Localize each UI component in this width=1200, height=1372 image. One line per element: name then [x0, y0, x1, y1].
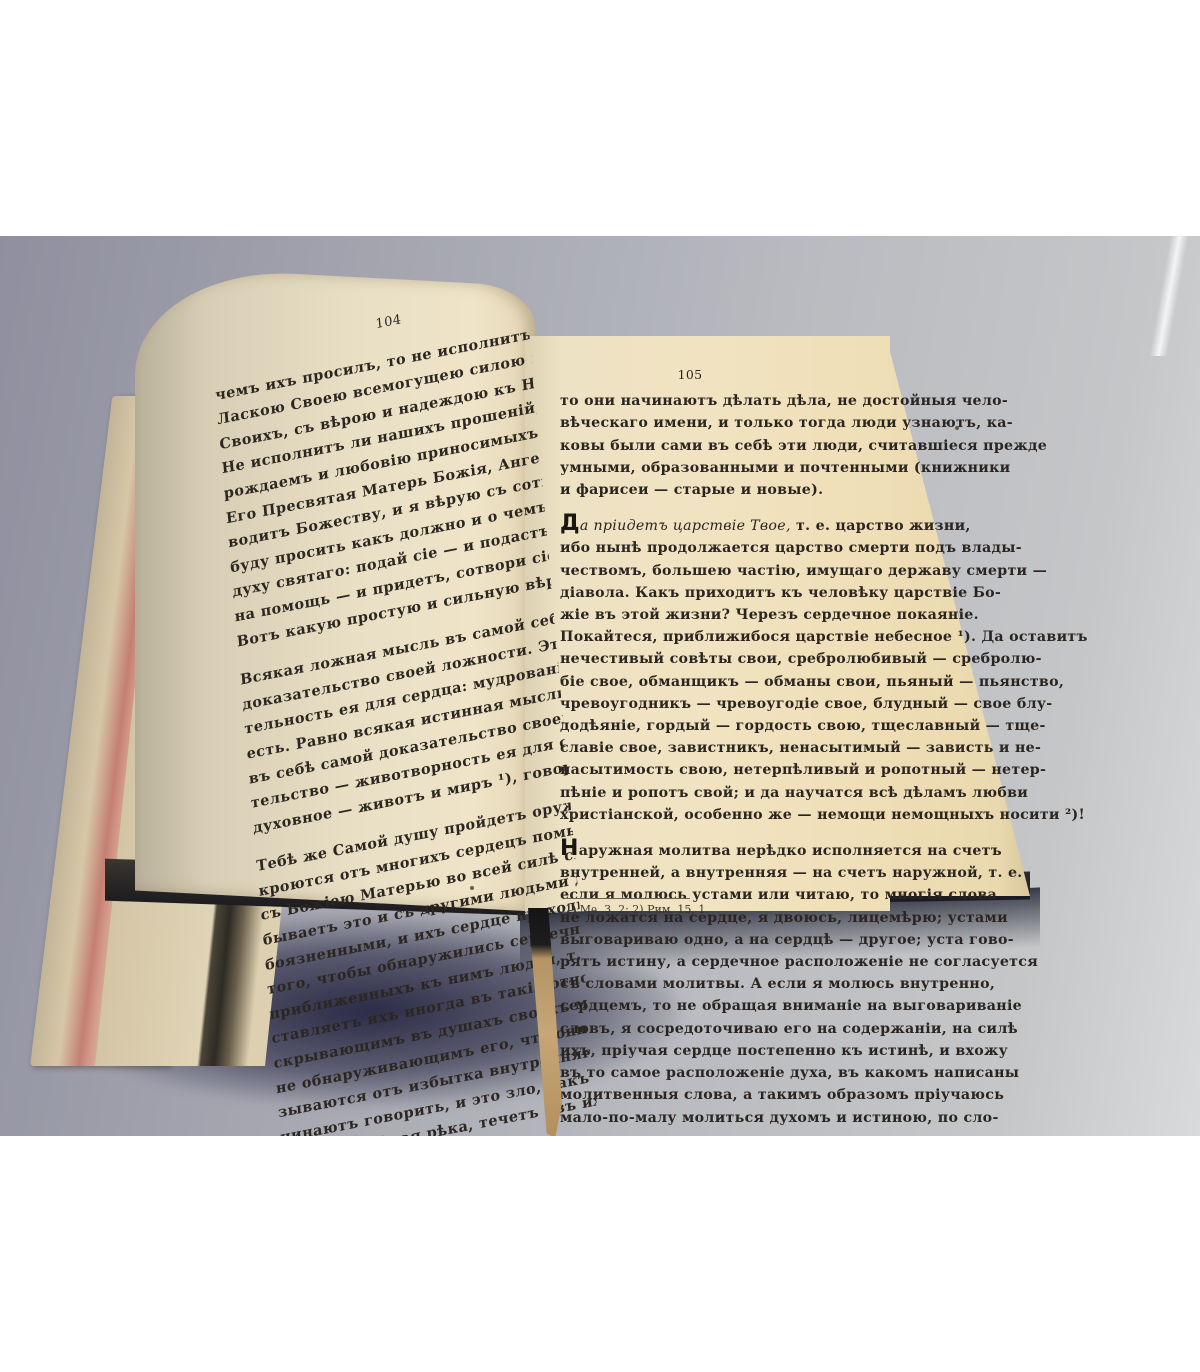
- text-line: чревоугодникъ — чревоугодіе свое, блудны…: [560, 693, 940, 715]
- text-line: молитвенныя слова, а такимъ образомъ прі…: [560, 1084, 940, 1106]
- book-photo: 104 чемъ ихъ просилъ, то не исполнитъ ли…: [0, 236, 1200, 1136]
- text-line: Покайтеся, приближибося царствіе небесно…: [560, 626, 940, 648]
- text-line: внутренней, а внутренняя — на счетъ нару…: [560, 862, 940, 884]
- text-line: пѣніе и ропотъ свой; и да научатся всѣ д…: [560, 782, 940, 804]
- text-line: ихъ, пріучая сердце постепенно къ истинѣ…: [560, 1040, 940, 1062]
- text-line: рятъ истину, а сердечное расположеніе не…: [560, 951, 940, 973]
- page-number-right: 105: [520, 364, 860, 386]
- text-line: ковы были сами въ себѣ эти люди, считавш…: [560, 435, 940, 457]
- surface-speck: [955, 426, 959, 430]
- text-line: словъ, я сосредоточиваю его на содержані…: [560, 1018, 940, 1040]
- footnote-right: 1) Мѳ. 3, 2; 2) Рим. 15, 1.: [565, 903, 709, 916]
- text-line: діавола. Какъ приходитъ къ человѣку царс…: [560, 582, 940, 604]
- text-line: славіе свое, завистникъ, ненасытимый — з…: [560, 737, 940, 759]
- text-line: мало-по-малу молиться духомъ и истиною, …: [560, 1107, 940, 1129]
- text-line: сердцемъ, то не обращая вниманіе на выго…: [560, 995, 940, 1017]
- text-line: чествомъ, большею частію, имущаго держав…: [560, 560, 940, 582]
- paper-spot: [470, 886, 474, 890]
- footnote-rule: [565, 898, 690, 899]
- dropcap: Д: [560, 511, 580, 536]
- dropcap: Н: [560, 836, 579, 861]
- text-line: въ то самое расположеніе духа, въ какомъ…: [560, 1062, 940, 1084]
- light-glare: [1149, 236, 1188, 356]
- right-page-text: 105 то они начинаютъ дѣлать дѣла, не дос…: [560, 364, 940, 1129]
- text-line: насытимость свою, нетерпѣливый и ропотны…: [560, 759, 940, 781]
- text-line: выговариваю одно, а на сердцѣ — другое; …: [560, 929, 940, 951]
- text-line: ибо нынѣ продолжается царство смерти под…: [560, 537, 940, 559]
- text-line: съ словами молитвы. А если я молюсь внут…: [560, 973, 940, 995]
- text-line: біе свое, обманщикъ — обманы свои, пьяны…: [560, 671, 940, 693]
- text-line: и фарисеи — старые и новые).: [560, 479, 940, 501]
- italic-lead: а пріидетъ царствіе Твое,: [580, 518, 791, 534]
- text-line: нечестивый совѣты свои, сребролюбивый — …: [560, 648, 940, 670]
- text-line: умными, образованными и почтенными (книж…: [560, 457, 940, 479]
- text-line: Да пріидетъ царствіе Твое, т. е. царство…: [560, 513, 940, 537]
- text-line: додѣяніе, гордый — гордость свою, тщесла…: [560, 715, 940, 737]
- text-line: то они начинаютъ дѣлать дѣла, не достойн…: [560, 390, 940, 412]
- text-line: вѣческаго имени, и только тогда люди узн…: [560, 412, 940, 434]
- text-line: Наружная молитва нерѣдко исполняется на …: [560, 838, 940, 862]
- text-line: жіе въ этой жизни? Черезъ сердечное пока…: [560, 604, 940, 626]
- text-line: христіанской, особенно же — немощи немощ…: [560, 804, 940, 826]
